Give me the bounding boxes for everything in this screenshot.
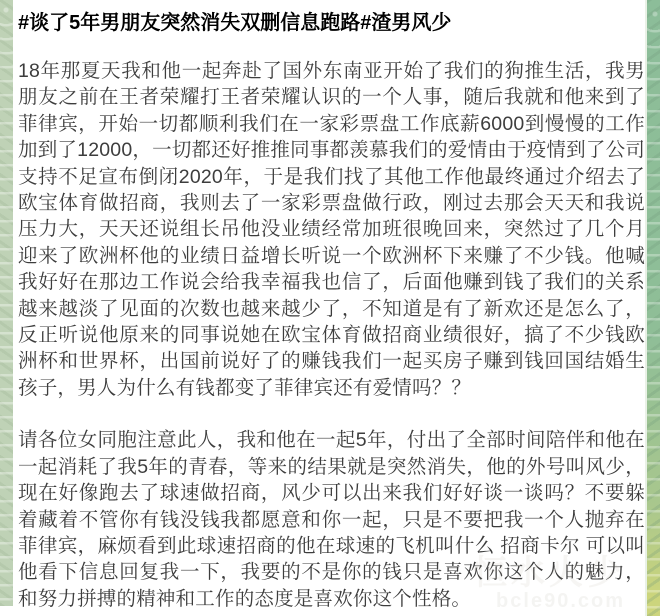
post-paragraph: 请各位女同胞注意此人，我和他在一起5年，付出了全部时间陪伴和他在一起消耗了我5年…: [18, 427, 645, 612]
post-content-area: #谈了5年男朋友突然消失双删信息跑路#渣男风少 18年那夏天我和他一起奔赴了国外…: [13, 0, 645, 616]
post-paragraph: 18年那夏天我和他一起奔赴了国外东南亚开始了我们的狗推生活，我男朋友之前在王者荣…: [18, 58, 645, 401]
post-title: #谈了5年男朋友突然消失双删信息跑路#渣男风少: [18, 10, 645, 37]
right-border-pattern: [645, 0, 660, 616]
post-body: 18年那夏天我和他一起奔赴了国外东南亚开始了我们的狗推生活，我男朋友之前在王者荣…: [18, 58, 645, 612]
left-border-pattern: [0, 0, 13, 606]
